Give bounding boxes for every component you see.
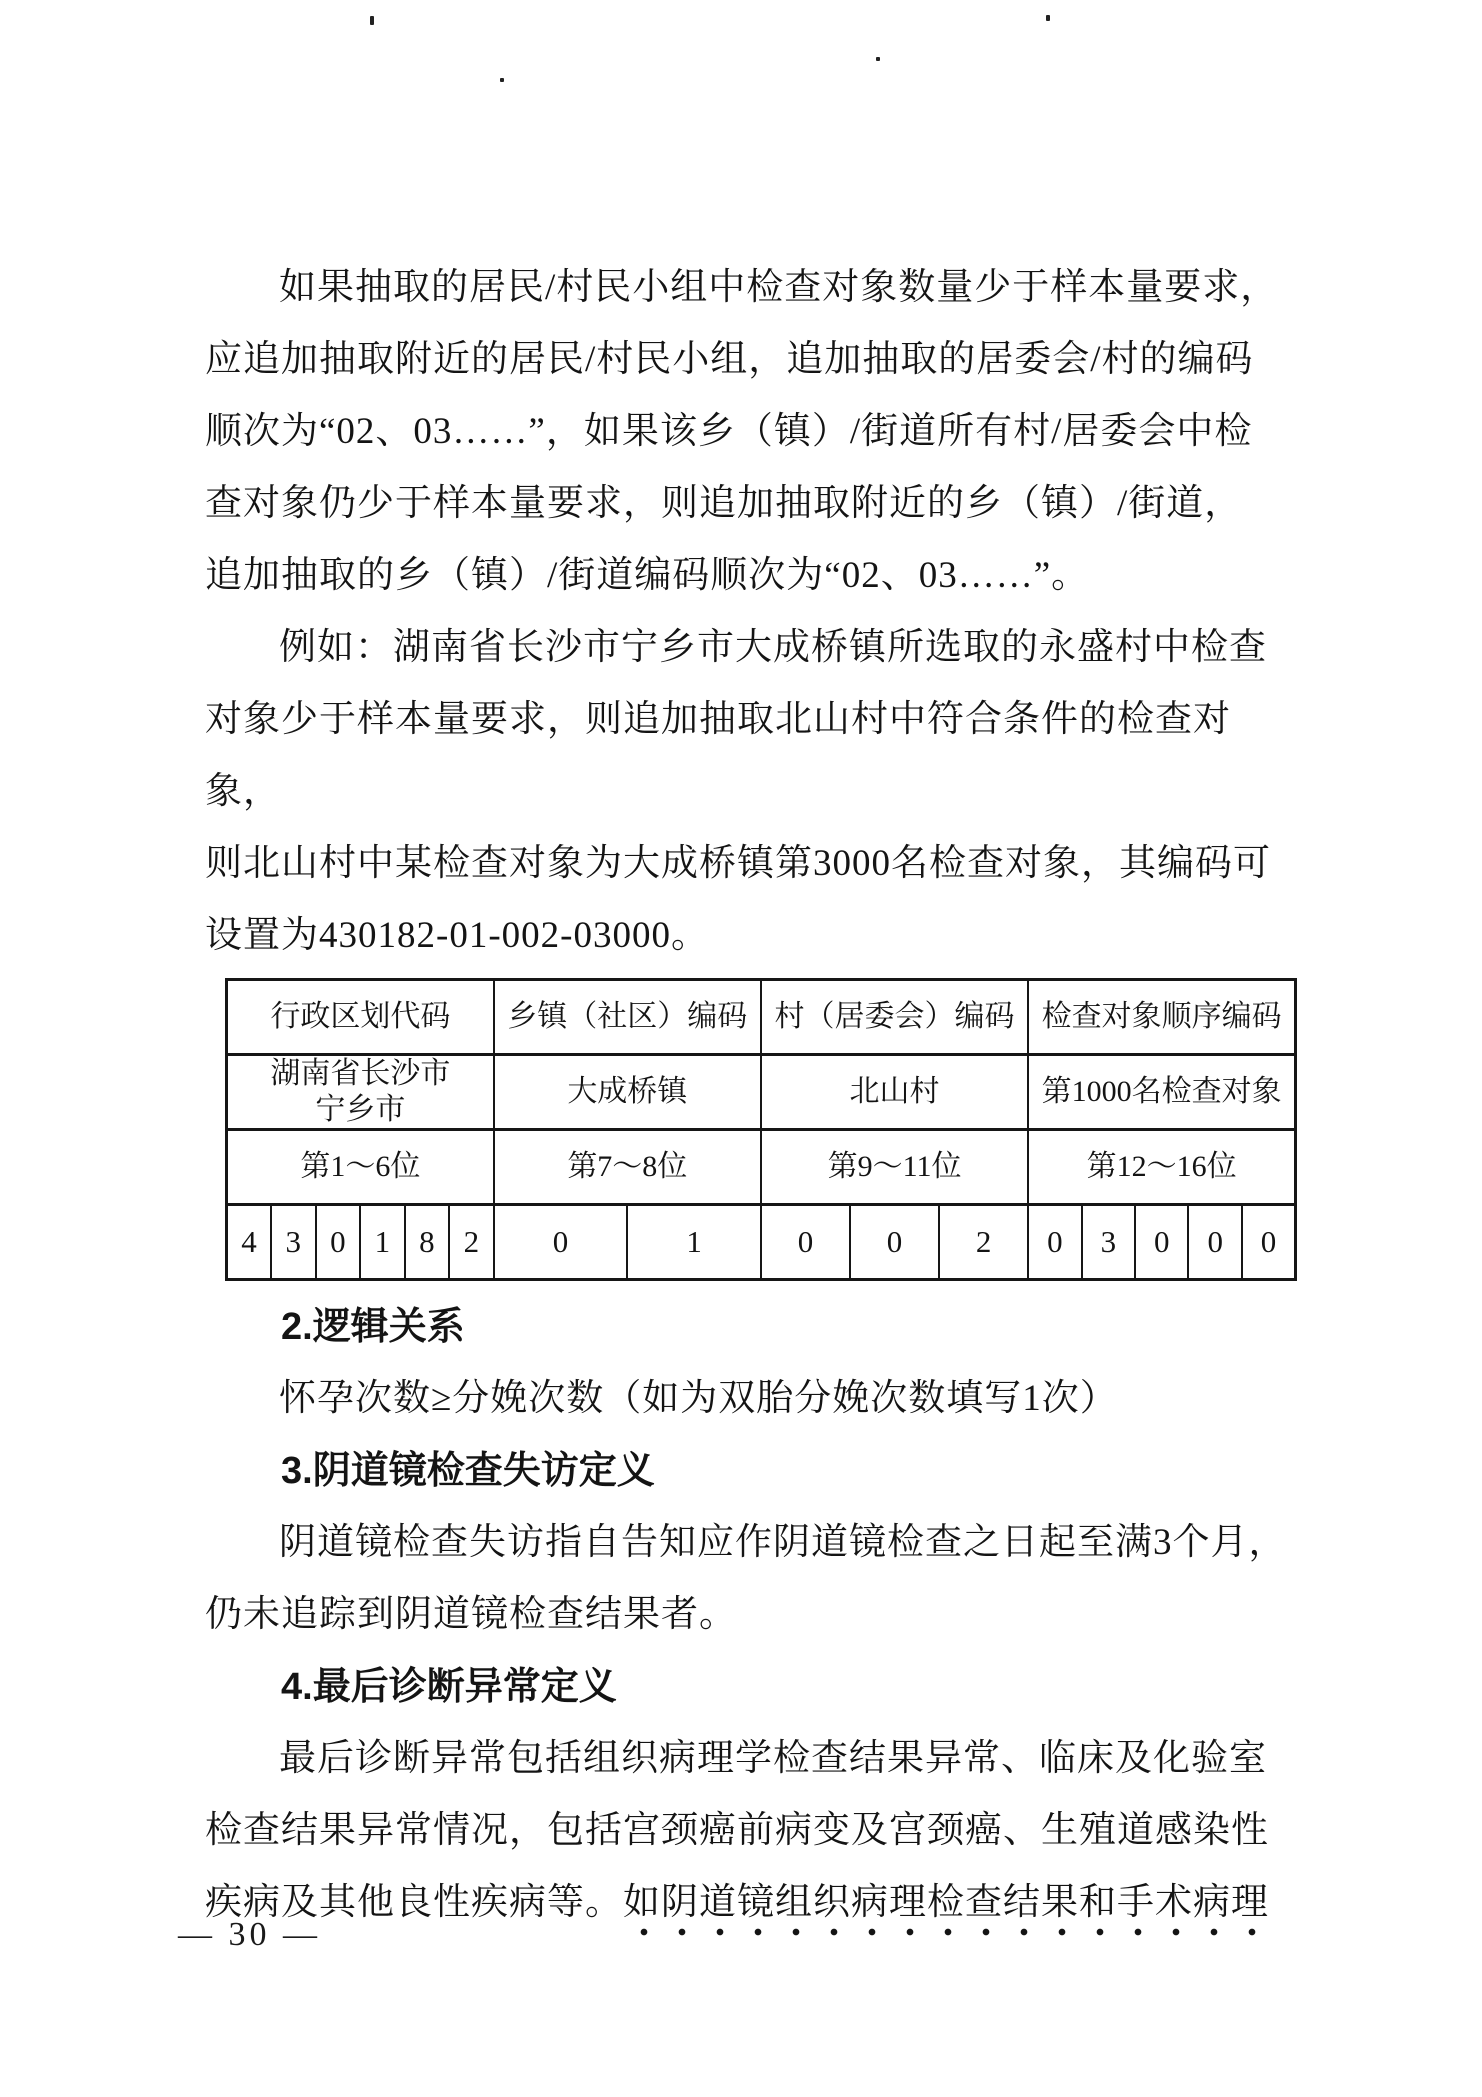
digit-cell: 0 xyxy=(1242,1205,1296,1280)
page-number: — 30 — xyxy=(178,1916,321,1954)
header-admin-division-code: 行政区划代码 xyxy=(227,980,494,1055)
digit-cell: 3 xyxy=(271,1205,316,1280)
digit-cell: 0 xyxy=(494,1205,628,1280)
header-village-code: 村（居委会）编码 xyxy=(761,980,1028,1055)
section-body-logic-relation: 怀孕次数≥分娩次数（如为双胎分娩次数填写1次） xyxy=(205,1363,1299,1435)
position-range-4: 第12～16位 xyxy=(1028,1130,1295,1205)
digit-cell: 1 xyxy=(627,1205,761,1280)
position-range-2: 第7～8位 xyxy=(494,1130,761,1205)
table-digit-row: 4 3 0 1 8 2 0 1 0 0 2 0 3 0 0 0 xyxy=(227,1205,1296,1280)
digit-cell: 2 xyxy=(449,1205,494,1280)
value-village: 北山村 xyxy=(761,1055,1028,1130)
final-diagnosis-line-2: 检查结果异常情况，包括宫颈癌前病变及宫颈癌、生殖道感染性 xyxy=(205,1810,1269,1851)
section-heading-final-diagnosis-definition: 4.最后诊断异常定义 xyxy=(205,1651,1299,1723)
value-subject-sequence: 第1000名检查对象 xyxy=(1028,1055,1295,1130)
table-header-row: 行政区划代码 乡镇（社区）编码 村（居委会）编码 检查对象顺序编码 xyxy=(227,980,1296,1055)
section-heading-logic-relation: 2.逻辑关系 xyxy=(205,1291,1299,1363)
page-content: 如果抽取的居民/村民小组中检查对象数量少于样本量要求， 应追加抽取附近的居民/村… xyxy=(205,252,1299,1939)
coding-structure-table: 行政区划代码 乡镇（社区）编码 村（居委会）编码 检查对象顺序编码 湖南省长沙市… xyxy=(225,978,1297,1281)
section-body-colposcopy-loss-definition: 阴道镜检查失访指自告知应作阴道镜检查之日起至满3个月， 仍未追踪到阴道镜检查结果… xyxy=(205,1507,1299,1651)
digit-cell: 8 xyxy=(405,1205,450,1280)
section-heading-colposcopy-loss-definition: 3.阴道镜检查失访定义 xyxy=(205,1435,1299,1507)
position-range-3: 第9～11位 xyxy=(761,1130,1028,1205)
section-body-final-diagnosis-definition: 最后诊断异常包括组织病理学检查结果异常、临床及化验室检查结果异常情况，包括宫颈癌… xyxy=(205,1723,1299,1939)
header-township-code: 乡镇（社区）编码 xyxy=(494,980,761,1055)
digit-cell: 0 xyxy=(1188,1205,1241,1280)
digit-cell: 0 xyxy=(1028,1205,1081,1280)
scan-speck xyxy=(500,78,504,82)
table-position-row: 第1～6位 第7～8位 第9～11位 第12～16位 xyxy=(227,1130,1296,1205)
header-subject-sequence-code: 检查对象顺序编码 xyxy=(1028,980,1295,1055)
scan-speck xyxy=(370,16,374,25)
scan-speck xyxy=(876,57,880,61)
digit-cell: 1 xyxy=(360,1205,405,1280)
digit-cell: 4 xyxy=(227,1205,272,1280)
position-range-1: 第1～6位 xyxy=(227,1130,494,1205)
value-admin-division: 湖南省长沙市 宁乡市 xyxy=(227,1055,494,1130)
paragraph-sampling-rule: 如果抽取的居民/村民小组中检查对象数量少于样本量要求， 应追加抽取附近的居民/村… xyxy=(205,252,1299,612)
digit-cell: 0 xyxy=(316,1205,361,1280)
value-township: 大成桥镇 xyxy=(494,1055,761,1130)
final-diagnosis-line-1: 最后诊断异常包括组织病理学检查结果异常、临床及化验室 xyxy=(279,1738,1267,1779)
digit-cell: 0 xyxy=(1135,1205,1188,1280)
scan-speck xyxy=(1046,15,1050,21)
digit-cell: 0 xyxy=(761,1205,850,1280)
paragraph-example: 例如：湖南省长沙市宁乡市大成桥镇所选取的永盛村中检查 对象少于样本量要求，则追加… xyxy=(205,612,1299,972)
digit-cell: 3 xyxy=(1082,1205,1135,1280)
table-value-row: 湖南省长沙市 宁乡市 大成桥镇 北山村 第1000名检查对象 xyxy=(227,1055,1296,1130)
document-page: 如果抽取的居民/村民小组中检查对象数量少于样本量要求， 应追加抽取附近的居民/村… xyxy=(0,0,1482,2097)
digit-cell: 0 xyxy=(850,1205,939,1280)
final-diagnosis-emphasized-text: 如阴道镜组织病理检查结果和手术病理 xyxy=(623,1882,1269,1937)
digit-cell: 2 xyxy=(939,1205,1028,1280)
